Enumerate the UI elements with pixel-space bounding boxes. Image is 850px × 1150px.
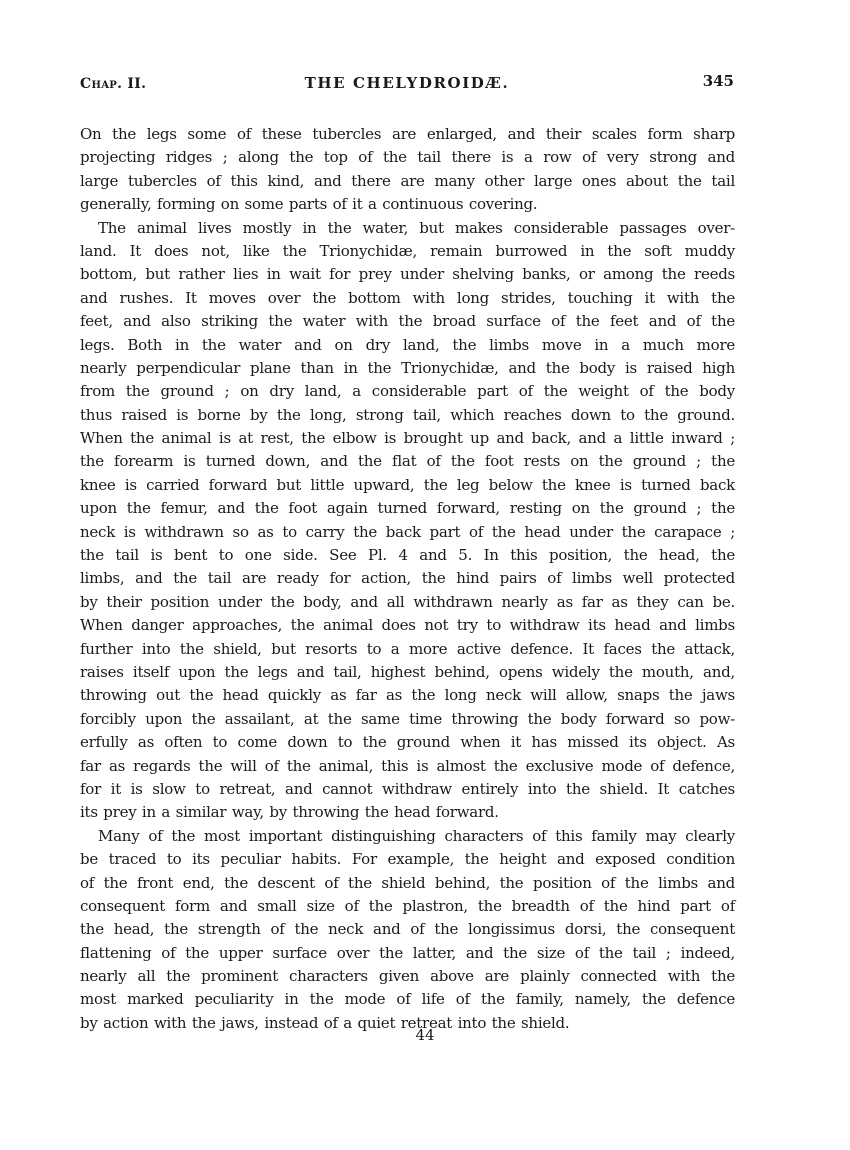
- text-line: generally, forming on some parts of it a…: [80, 193, 735, 216]
- text-line: limbs, and the tail are ready for action…: [80, 567, 735, 590]
- text-line: and rushes. It moves over the bottom wit…: [80, 287, 735, 310]
- text-line: from the ground ; on dry land, a conside…: [80, 380, 735, 403]
- text-line: upon the femur, and the foot again turne…: [80, 497, 735, 520]
- page-number: 345: [703, 72, 734, 90]
- text-line: raises itself upon the legs and tail, hi…: [80, 661, 735, 684]
- text-line: far as regards the will of the animal, t…: [80, 755, 735, 778]
- body-text: On the legs some of these tubercles are …: [80, 123, 735, 1035]
- text-line: consequent form and small size of the pl…: [80, 895, 735, 918]
- text-line: its prey in a similar way, by throwing t…: [80, 801, 735, 824]
- text-line: The animal lives mostly in the water, bu…: [80, 217, 735, 240]
- text-line: thus raised is borne by the long, strong…: [80, 404, 735, 427]
- text-line: be traced to its peculiar habits. For ex…: [80, 848, 735, 871]
- paragraph: The animal lives mostly in the water, bu…: [80, 217, 735, 825]
- text-line: legs. Both in the water and on dry land,…: [80, 334, 735, 357]
- text-line: flattening of the upper surface over the…: [80, 942, 735, 965]
- text-line: projecting ridges ; along the top of the…: [80, 146, 735, 169]
- text-line: the tail is bent to one side. See Pl. 4 …: [80, 544, 735, 567]
- text-line: feet, and also striking the water with t…: [80, 310, 735, 333]
- signature-mark: 44: [0, 1026, 850, 1044]
- text-line: nearly perpendicular plane than in the T…: [80, 357, 735, 380]
- running-header: Chap. II. THE CHELYDROIDÆ. 345: [80, 76, 734, 100]
- text-line: by their position under the body, and al…: [80, 591, 735, 614]
- text-line: erfully as often to come down to the gro…: [80, 731, 735, 754]
- text-line: land. It does not, like the Trionychidæ,…: [80, 240, 735, 263]
- text-line: throwing out the head quickly as far as …: [80, 684, 735, 707]
- paragraph: Many of the most important distinguishin…: [80, 825, 735, 1036]
- text-line: On the legs some of these tubercles are …: [80, 123, 735, 146]
- book-page: Chap. II. THE CHELYDROIDÆ. 345 On the le…: [0, 0, 850, 1150]
- text-line: for it is slow to retreat, and cannot wi…: [80, 778, 735, 801]
- text-line: neck is withdrawn so as to carry the bac…: [80, 521, 735, 544]
- text-line: of the front end, the descent of the shi…: [80, 872, 735, 895]
- running-title: THE CHELYDROIDÆ.: [80, 74, 734, 92]
- paragraph: On the legs some of these tubercles are …: [80, 123, 735, 217]
- text-line: When the animal is at rest, the elbow is…: [80, 427, 735, 450]
- text-line: knee is carried forward but little upwar…: [80, 474, 735, 497]
- text-line: further into the shield, but resorts to …: [80, 638, 735, 661]
- text-line: Many of the most important distinguishin…: [80, 825, 735, 848]
- text-line: bottom, but rather lies in wait for prey…: [80, 263, 735, 286]
- text-line: nearly all the prominent characters give…: [80, 965, 735, 988]
- text-line: forcibly upon the assailant, at the same…: [80, 708, 735, 731]
- text-line: most marked peculiarity in the mode of l…: [80, 988, 735, 1011]
- text-line: the head, the strength of the neck and o…: [80, 918, 735, 941]
- text-line: large tubercles of this kind, and there …: [80, 170, 735, 193]
- text-line: When danger approaches, the animal does …: [80, 614, 735, 637]
- text-line: the forearm is turned down, and the flat…: [80, 450, 735, 473]
